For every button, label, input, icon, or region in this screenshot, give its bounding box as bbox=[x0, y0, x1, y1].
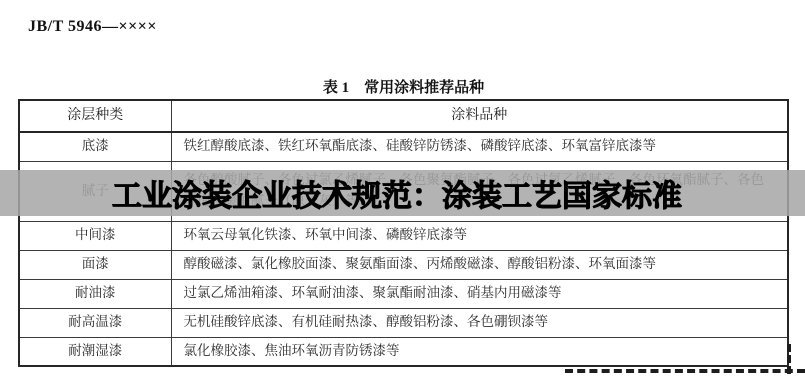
table-row: 面漆 醇酸磁漆、氯化橡胶面漆、聚氨酯面漆、丙烯酸磁漆、醇酸铝粉漆、环氧面漆等 bbox=[19, 250, 788, 279]
coating-products-cell: 铁红醇酸底漆、铁红环氧酯底漆、硅酸锌防锈漆、磷酸锌底漆、环氧富锌底漆等 bbox=[171, 132, 788, 161]
coating-type-cell: 面漆 bbox=[19, 250, 171, 279]
table-row: 底漆 铁红醇酸底漆、铁红环氧酯底漆、硅酸锌防锈漆、磷酸锌底漆、环氧富锌底漆等 bbox=[19, 132, 788, 161]
coating-products-cell: 氯化橡胶漆、焦油环氧沥青防锈漆等 bbox=[171, 337, 788, 366]
headline-text: 工业涂装企业技术规范：涂装工艺国家标准 bbox=[0, 171, 682, 215]
coating-products-cell: 过氯乙烯油箱漆、环氧耐油漆、聚氯酯耐油漆、硝基内用磁漆等 bbox=[171, 279, 788, 308]
coating-type-cell: 耐油漆 bbox=[19, 279, 171, 308]
watermark-dashes-vertical bbox=[787, 344, 791, 374]
table-row: 耐高温漆 无机硅酸锌底漆、有机硅耐热漆、醇酸铝粉漆、各色硼钡漆等 bbox=[19, 308, 788, 337]
table-row: 耐油漆 过氯乙烯油箱漆、环氧耐油漆、聚氯酯耐油漆、硝基内用磁漆等 bbox=[19, 279, 788, 308]
table-row: 耐潮湿漆 氯化橡胶漆、焦油环氧沥青防锈漆等 bbox=[19, 337, 788, 366]
recommended-coatings-table: 涂层种类 涂料品种 底漆 铁红醇酸底漆、铁红环氧酯底漆、硅酸锌防锈漆、磷酸锌底漆… bbox=[18, 99, 789, 367]
coating-products-cell: 环氧云母氧化铁漆、环氧中间漆、磷酸锌底漆等 bbox=[171, 221, 788, 250]
standard-number: JB/T 5946—×××× bbox=[28, 18, 157, 36]
table-row: 中间漆 环氧云母氧化铁漆、环氧中间漆、磷酸锌底漆等 bbox=[19, 221, 788, 250]
watermark-dashes-horizontal bbox=[565, 369, 805, 373]
table-header-row: 涂层种类 涂料品种 bbox=[19, 100, 788, 132]
coating-type-cell: 底漆 bbox=[19, 132, 171, 161]
table-title: 表 1 常用涂料推荐品种 bbox=[18, 76, 789, 97]
coating-type-cell: 耐潮湿漆 bbox=[19, 337, 171, 366]
header-coating-layer-type: 涂层种类 bbox=[19, 100, 171, 132]
coating-type-cell: 耐高温漆 bbox=[19, 308, 171, 337]
coating-type-cell: 中间漆 bbox=[19, 221, 171, 250]
coating-products-cell: 无机硅酸锌底漆、有机硅耐热漆、醇酸铝粉漆、各色硼钡漆等 bbox=[171, 308, 788, 337]
document-page: JB/T 5946—×××× 表 1 常用涂料推荐品种 涂层种类 涂料品种 底漆… bbox=[0, 0, 805, 380]
headline-overlay-banner: 工业涂装企业技术规范：涂装工艺国家标准 bbox=[0, 170, 805, 216]
header-coating-variety: 涂料品种 bbox=[171, 100, 788, 132]
coating-products-cell: 醇酸磁漆、氯化橡胶面漆、聚氨酯面漆、丙烯酸磁漆、醇酸铝粉漆、环氧面漆等 bbox=[171, 250, 788, 279]
